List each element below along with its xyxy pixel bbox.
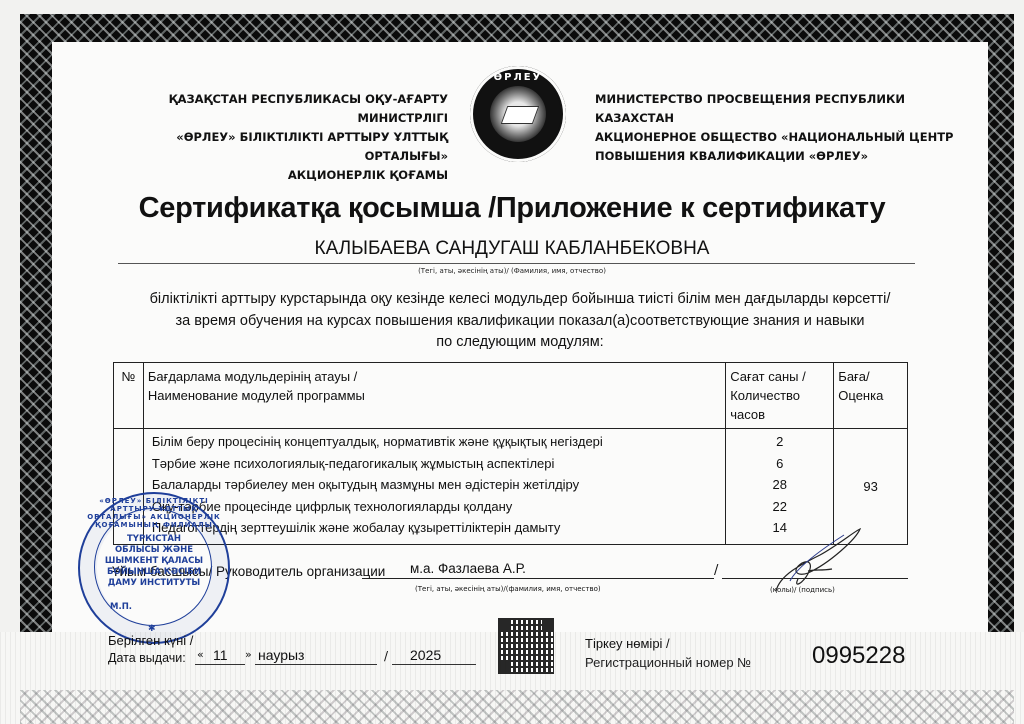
registration-label-ru: Регистрационный номер № xyxy=(585,655,751,670)
signatory-slash: / xyxy=(714,563,718,578)
month-underline xyxy=(255,664,377,665)
modules-table: № Бағдарлама модульдерінің атауы / Наиме… xyxy=(113,362,908,545)
header-grade-ru: Оценка xyxy=(838,386,903,405)
module-hours: 28 xyxy=(726,474,833,496)
header-kz-line: «ӨРЛЕУ» БІЛІКТІЛІКТІ АРТТЫРУ ҰЛТТЫҚ ОРТА… xyxy=(100,128,448,166)
issue-date-label-kz: Берілген күні / xyxy=(108,633,193,648)
issue-month: наурыз xyxy=(258,647,304,663)
orleu-logo-icon: ӨРЛЕУ xyxy=(470,66,566,162)
header-hours-ru: Количество часов xyxy=(730,386,829,424)
module-names-cell: Білім беру процесінің концептуалдық, нор… xyxy=(143,429,725,545)
stamp-line: ДАМУ ИНСТИТУТЫ xyxy=(104,578,204,589)
signatory-name-line xyxy=(362,578,714,579)
stamp-line: ТҮРКІСТАН xyxy=(104,534,204,545)
stamp-line: БОЙЫНША КӘСІБИ xyxy=(104,567,204,578)
header-hours: Сағат саны / Количество часов xyxy=(726,363,834,429)
module-name: Тәрбие және психологиялық-педагогикалық … xyxy=(144,453,725,475)
header-module-name-ru: Наименование модулей программы xyxy=(148,386,721,405)
year-underline xyxy=(392,664,476,665)
header-grade-kz: Баға/ xyxy=(838,367,903,386)
name-underline xyxy=(118,263,915,264)
header-grade: Баға/ Оценка xyxy=(834,363,908,429)
module-name: Педагогтердің зерттеушілік және жобалау … xyxy=(144,517,725,539)
date-quote-close: » xyxy=(245,648,252,661)
stamp-line: ОБЛЫСЫ ЖӘНЕ xyxy=(104,545,204,556)
recipient-name-caption: (Тегі, аты, әкесінің аты)/ (Фамилия, имя… xyxy=(0,267,1024,275)
ornamental-border-bottom xyxy=(20,690,1014,724)
header-kz: ҚАЗАҚСТАН РЕСПУБЛИКАСЫ ОҚУ-АҒАРТУ МИНИСТ… xyxy=(100,90,448,185)
registration-label-kz: Тіркеу нөмірі / xyxy=(585,636,670,651)
header-module-name-kz: Бағдарлама модульдерінің атауы / xyxy=(148,367,721,386)
signatory-name-caption: (Тегі, аты, әкесінің аты)/(фамилия, имя,… xyxy=(415,585,601,593)
header-no: № xyxy=(114,363,144,429)
module-name: Балаларды тәрбиелеу мен оқытудың мазмұны… xyxy=(144,474,725,496)
module-name: Оқу-тәрбие процесінде цифрлық технология… xyxy=(144,496,725,518)
module-name: Білім беру процесінің концептуалдық, нор… xyxy=(144,431,725,453)
description: біліктілікті арттыру курстарында оқу кез… xyxy=(120,289,920,354)
header-module-name: Бағдарлама модульдерінің атауы / Наимено… xyxy=(143,363,725,429)
module-hours: 6 xyxy=(726,453,833,475)
logo-text: ӨРЛЕУ xyxy=(470,72,566,83)
module-hours: 22 xyxy=(726,496,833,518)
qr-code-icon[interactable] xyxy=(498,618,554,674)
open-book-icon xyxy=(501,106,540,124)
stamp-center-text: ТҮРКІСТАН ОБЛЫСЫ ЖӘНЕ ШЫМКЕНТ ҚАЛАСЫ БОЙ… xyxy=(104,534,204,589)
description-line: по следующим модулям: xyxy=(120,332,920,354)
document-title: Сертификатқа қосымша /Приложение к серти… xyxy=(0,192,1024,225)
header-ru-line: ПОВЫШЕНИЯ КВАЛИФИКАЦИИ «ӨРЛЕУ» xyxy=(595,147,955,166)
header-ru-line: АКЦИОНЕРНОЕ ОБЩЕСТВО «НАЦИОНАЛЬНЫЙ ЦЕНТР xyxy=(595,128,955,147)
description-line: біліктілікті арттыру курстарында оқу кез… xyxy=(120,289,920,311)
issue-year: 2025 xyxy=(410,647,441,663)
header-kz-line: АКЦИОНЕРЛІК ҚОҒАМЫ xyxy=(100,166,448,185)
registration-number: 0995228 xyxy=(812,642,905,670)
date-quote-open: « xyxy=(197,648,204,661)
official-stamp: «ӨРЛЕУ» БІЛІКТІЛІКТІ АРТТЫРУ ҰЛТТЫҚ ОРТА… xyxy=(78,492,230,644)
signatory-name: м.а. Фазлаева А.Р. xyxy=(410,561,526,576)
table-header-row: № Бағдарлама модульдерінің атауы / Наиме… xyxy=(114,363,908,429)
date-slash: / xyxy=(384,649,388,663)
header-ru-line: МИНИСТЕРСТВО ПРОСВЕЩЕНИЯ РЕСПУБЛИКИ КАЗА… xyxy=(595,90,955,128)
header-hours-kz: Сағат саны / xyxy=(730,367,829,386)
recipient-name: КАЛЫБАЕВА САНДУГАШ КАБЛАНБЕКОВНА xyxy=(0,238,1024,260)
handwritten-signature-icon xyxy=(760,525,870,595)
header-kz-line: ҚАЗАҚСТАН РЕСПУБЛИКАСЫ ОҚУ-АҒАРТУ МИНИСТ… xyxy=(100,90,448,128)
header-ru: МИНИСТЕРСТВО ПРОСВЕЩЕНИЯ РЕСПУБЛИКИ КАЗА… xyxy=(595,90,955,166)
issue-date-label-ru: Дата выдачи: xyxy=(108,651,186,665)
stamp-line: ШЫМКЕНТ ҚАЛАСЫ xyxy=(104,556,204,567)
module-hours: 2 xyxy=(726,431,833,453)
stamp-mp: М.П. xyxy=(110,602,132,612)
description-line: за время обучения на курсах повышения кв… xyxy=(120,311,920,333)
day-underline xyxy=(195,664,245,665)
issue-day: 11 xyxy=(213,647,228,663)
